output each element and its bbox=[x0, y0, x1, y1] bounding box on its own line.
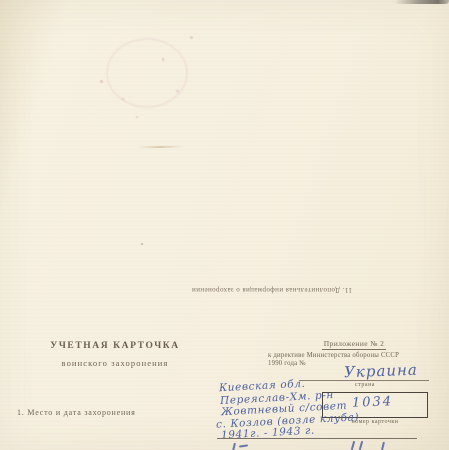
appendix-directive-line: к директиве Министерства обороны СССР bbox=[268, 352, 440, 359]
country-field-label: страна bbox=[340, 382, 390, 388]
appendix-heading: Приложение № 2 bbox=[268, 339, 440, 348]
handwriting-stroke-cutoff bbox=[239, 444, 248, 447]
paper-speck bbox=[141, 243, 143, 245]
faint-ink-stamp bbox=[92, 28, 212, 123]
stamp-speck bbox=[100, 80, 103, 83]
stamp-ring bbox=[106, 38, 188, 108]
reverse-side-note-upside-down: 11. Дополнительная информация о захороне… bbox=[212, 286, 352, 294]
handwriting-stroke-cutoff bbox=[381, 442, 385, 450]
country-blank-line bbox=[299, 380, 429, 381]
stamp-speck bbox=[162, 58, 164, 61]
appendix-heading-text: Приложение № 2 bbox=[322, 339, 387, 350]
handwriting-stroke-cutoff bbox=[351, 441, 355, 450]
paper-scratch-mark bbox=[136, 146, 184, 149]
card-subtitle: воинского захоронения bbox=[35, 358, 195, 368]
stamp-speck bbox=[136, 116, 138, 118]
stamp-speck bbox=[190, 36, 193, 39]
scanned-burial-registration-card: 11. Дополнительная информация о захороне… bbox=[0, 0, 449, 450]
section1-label: 1. Место и дата захоронения bbox=[17, 408, 136, 417]
stamp-speck bbox=[122, 98, 124, 100]
dates-underline bbox=[217, 438, 417, 439]
country-handwritten-value: Украина bbox=[344, 361, 418, 382]
stamp-speck bbox=[176, 90, 179, 92]
handwriting-stroke-cutoff bbox=[359, 441, 363, 450]
scan-edge-smudge bbox=[394, 0, 449, 4]
card-title-block: УЧЕТНАЯ КАРТОЧКА воинского захоронения bbox=[35, 341, 195, 368]
card-number-handwritten-value: 1034 bbox=[352, 394, 394, 410]
handwriting-stroke-cutoff bbox=[232, 443, 236, 450]
card-title: УЧЕТНАЯ КАРТОЧКА bbox=[35, 341, 195, 351]
